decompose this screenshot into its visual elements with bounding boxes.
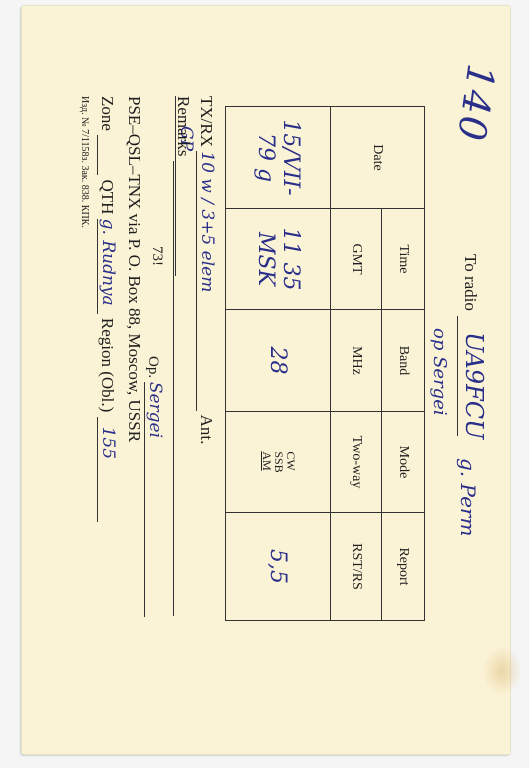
cell-report: 5,5 [226, 513, 331, 621]
ant-label: Ant. [197, 415, 216, 445]
header-rst: RST/RS [331, 513, 382, 621]
region-label: Region (Obl.) [98, 318, 117, 412]
header-report: Report [382, 513, 425, 621]
mode-am: AM [262, 451, 274, 472]
to-radio-label: To radio [460, 254, 480, 311]
to-radio-callsign: UA9FCU [460, 332, 488, 439]
qth-label: QTH [98, 179, 117, 214]
cell-time-zone: MSK [253, 209, 278, 309]
header-gmt: GMT [331, 209, 382, 310]
remarks-line [173, 161, 192, 616]
mode-options: CW SSB AM [262, 451, 298, 472]
op-row: Op. Sergei [144, 356, 165, 617]
header-mode: Mode [382, 412, 425, 513]
zone-qth-region-row: Zone QTH g. Rudnya Region (Obl.) 155 [97, 96, 118, 522]
publisher-note: Изд. № 7/1158з. Зак. 838. КПК. [79, 96, 90, 228]
header-mhz: MHz [331, 310, 382, 412]
mode-cw: CW [286, 451, 298, 472]
qth-value: g. Rudnya [97, 219, 118, 314]
greeting: 73! [148, 246, 165, 266]
callsign-underline [457, 316, 458, 436]
serial-number: 140 [449, 61, 504, 145]
header-two-way: Two-way [331, 412, 382, 513]
zone-label: Zone [98, 96, 117, 131]
header-time: Time [382, 209, 425, 310]
op-value: Sergei [144, 382, 165, 617]
qso-log-table: Date Time Band Mode Report GMT MHz Two-w… [225, 106, 425, 621]
remarks-label: Remarks [174, 96, 193, 156]
cell-mode: CW SSB AM [226, 412, 331, 513]
mode-ssb: SSB [274, 451, 286, 472]
region-value: 155 [97, 417, 118, 522]
header-date: Date [331, 107, 425, 209]
pse-qsl-line: PSE–QSL–TNX via P. O. Box 88, Moscow, US… [124, 96, 144, 442]
txrx-label: TX/RX [197, 96, 216, 147]
zone-value [97, 135, 114, 175]
cell-date: 15/VII-79 g [226, 107, 331, 209]
to-radio-operator: op Sergei [429, 328, 450, 416]
txrx-value: 10 w / 3+5 elem [196, 151, 217, 411]
cell-band: 28 [226, 310, 331, 412]
header-band: Band [382, 310, 425, 412]
cell-time: 11 35 MSK [226, 209, 331, 310]
op-label: Op. [145, 356, 161, 378]
to-radio-city: g. Perm [456, 458, 480, 536]
cell-time-value: 11 35 [278, 209, 303, 309]
card-content-rotated: 140 To radio UA9FCU op Sergei g. Perm Da… [22, 6, 510, 754]
remarks-row: Remarks [173, 96, 193, 626]
qsl-card: 140 To radio UA9FCU op Sergei g. Perm Da… [22, 6, 510, 754]
